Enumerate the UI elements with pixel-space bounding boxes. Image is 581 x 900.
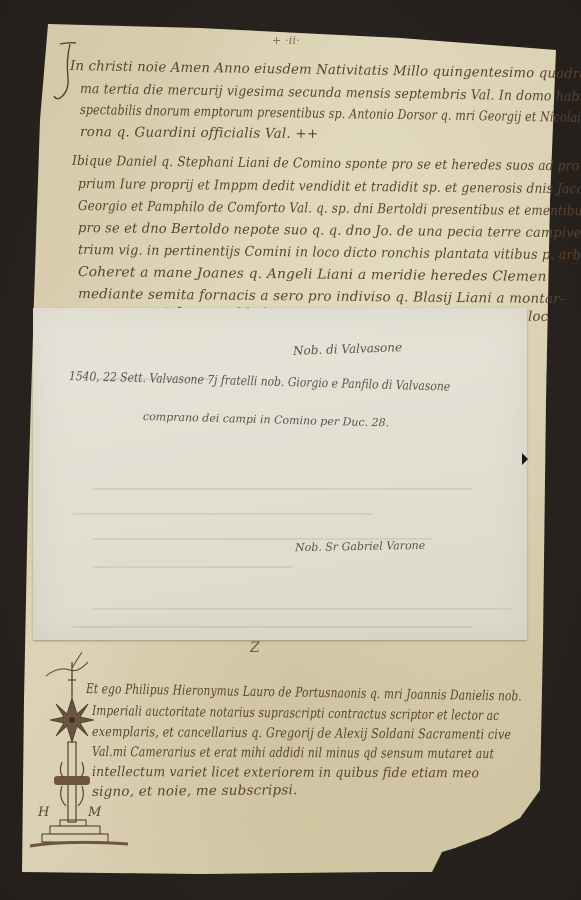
deed-line: rona q. Guardini officialis Val. ++	[80, 126, 318, 142]
slip-entry-line-2: comprano dei campi in Comino per Duc. 28…	[143, 410, 389, 429]
slip-heading: Nob. di Valvasone	[293, 340, 403, 358]
show-through-ink	[73, 626, 473, 628]
show-through-ink	[93, 488, 473, 490]
initial-right: M	[87, 805, 102, 820]
document-viewer: + ·ii· In christi noie Amen Anno eiusdem…	[0, 0, 581, 900]
notarial-sign-icon: H M	[28, 648, 138, 848]
top-cross-mark: + ·ii·	[272, 34, 300, 47]
archival-note-slip: Nob. di Valvasone 1540, 22 Sett. Valvaso…	[33, 308, 527, 640]
subscription-line: intellectum variet licet exteriorem in q…	[92, 766, 479, 781]
show-through-ink	[93, 566, 293, 568]
initial-left: H	[37, 805, 50, 820]
slip-entry-line-1: 1540, 22 Sett. Valvasone 7j fratelli nob…	[69, 368, 451, 394]
slip-edge-tab	[522, 453, 528, 465]
subscription-line: Val.mi Camerarius et erat mihi addidi ni…	[92, 746, 494, 762]
show-through-ink	[73, 513, 373, 515]
slip-signature: Nob. Sr Gabriel Varone	[295, 539, 425, 554]
show-through-ink	[93, 608, 513, 610]
subscription-mark: Z	[250, 640, 260, 656]
subscription-line: exemplaris, et cancellarius q. Gregorij …	[92, 726, 511, 742]
